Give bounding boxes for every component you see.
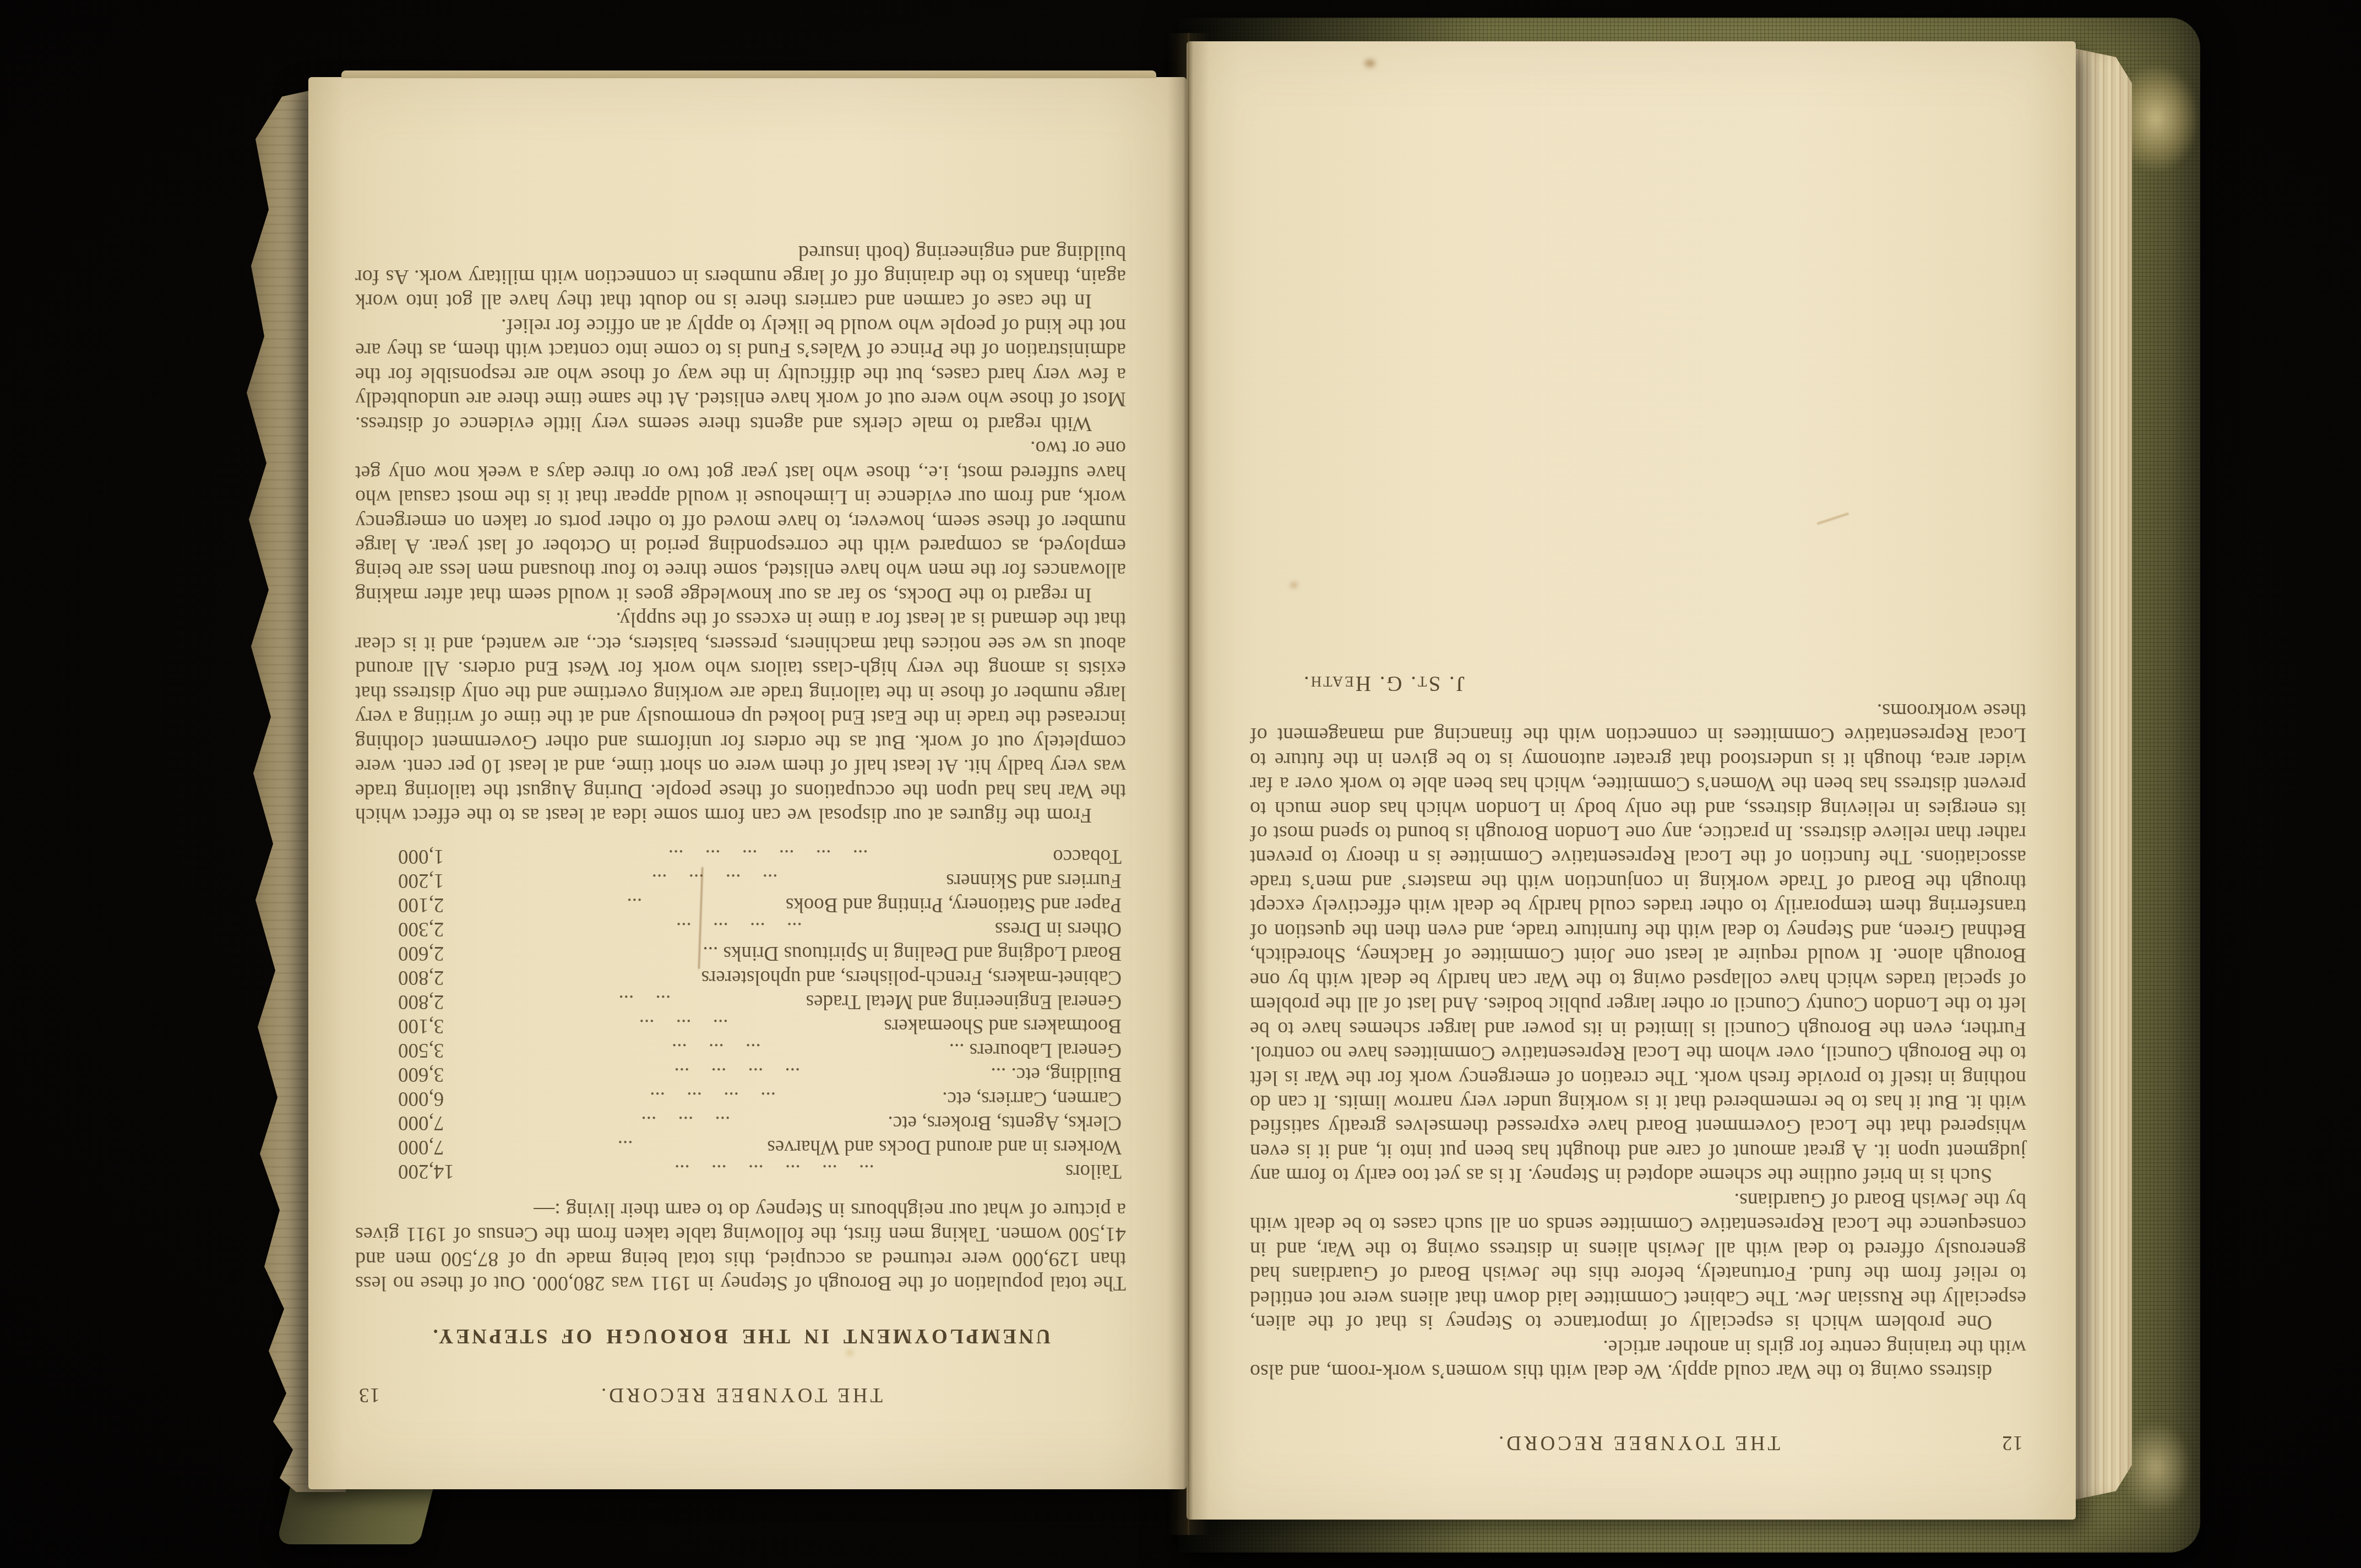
paragraph: distress owing to the War could apply. W…	[1250, 1335, 2026, 1384]
journal-title: THE TOYNBEE RECORD.	[599, 1384, 883, 1406]
dot-leader: ... ... ... ...	[483, 917, 995, 941]
page-edge-stack	[2075, 48, 2132, 1500]
dot-leader: ... ...	[483, 989, 806, 1014]
occupation-count: 6,000	[398, 1086, 483, 1110]
table-row: Others in Dress ... ... ... ... 2,300	[355, 917, 1122, 941]
occupation-count: 2,300	[398, 917, 483, 941]
table-row: Cabinet-makers, French-polishers, and up…	[355, 965, 1122, 989]
occupation-label: Tobacco	[1053, 844, 1122, 868]
occupation-label: Tailors	[1065, 1159, 1122, 1183]
page-number: 12	[2001, 1431, 2023, 1455]
occupation-label: Board Lodging and Dealing in Spirituous …	[703, 941, 1122, 965]
table-row: Tailors ... ... ... ... ... ... 14,200	[355, 1159, 1122, 1183]
occupation-count: 2,800	[398, 989, 483, 1014]
dot-leader: ...	[483, 892, 786, 917]
occupation-label: Furriers and Skinners	[946, 868, 1122, 892]
page-12[interactable]: 12 THE TOYNBEE RECORD. distress owing to…	[1187, 41, 2076, 1520]
table-row: Tobacco ... ... ... ... ... ... 1,000	[355, 844, 1122, 868]
photograph-of-open-book: THE TOYNBEE RECORD. 13 UNEMPLOYMENT IN T…	[0, 0, 2361, 1568]
paragraph: Such is in brief outline the scheme adop…	[1250, 698, 2026, 1188]
paragraph: In the case of carmen and carriers there…	[355, 240, 1126, 313]
occupation-count: 14,200	[398, 1159, 483, 1183]
occupation-count: 1,200	[398, 868, 483, 892]
author-signature: J. St. G. Heath.	[1250, 671, 2026, 696]
occupation-count: 2,800	[398, 965, 483, 989]
running-head: 12 THE TOYNBEE RECORD.	[1250, 1431, 2026, 1455]
table-row: Board Lodging and Dealing in Spirituous …	[355, 941, 1122, 965]
dot-leader: ... ... ... ... ... ...	[483, 844, 1053, 868]
occupation-label: Bootmakers and Shoemakers	[884, 1014, 1122, 1038]
occupation-label: Cabinet-makers, French-polishers, and up…	[701, 965, 1122, 989]
census-table: Tailors ... ... ... ... ... ... 14,200 W…	[355, 844, 1122, 1183]
journal-title: THE TOYNBEE RECORD.	[1496, 1431, 1780, 1454]
table-row: General Engineering and Metal Trades ...…	[355, 989, 1122, 1014]
occupation-label: Building, etc. ...	[991, 1062, 1122, 1086]
occupation-count: 3,100	[398, 1014, 483, 1038]
page-13-paragraphs: From the figures at our disposal we can …	[355, 240, 1126, 827]
dot-leader: ... ... ... ...	[483, 1062, 991, 1086]
dot-leader: ... ... ... ...	[483, 868, 946, 892]
table-row: Workers in and around Docks and Wharves …	[355, 1135, 1122, 1159]
table-row: Building, etc. ... ... ... ... ... 3,600	[355, 1062, 1122, 1086]
dot-leader: ...	[483, 1135, 767, 1159]
table-row: Paper and Stationery, Printing and Books…	[355, 892, 1122, 917]
table-row: General Labourers ... ... ... ... 3,500	[355, 1038, 1122, 1062]
table-row: Clerks, Agents, Brokers, etc. ... ... ..…	[355, 1110, 1122, 1135]
occupation-label: Workers in and around Docks and Wharves	[767, 1135, 1122, 1159]
paragraph: In regard to the Docks, so far as our kn…	[355, 436, 1126, 607]
running-head: THE TOYNBEE RECORD. 13	[355, 1383, 1126, 1407]
dot-leader: ... ... ...	[483, 1014, 884, 1038]
occupation-label: Others in Dress	[995, 917, 1122, 941]
occupation-label: Carmen, Carriers, etc.	[942, 1086, 1122, 1110]
dot-leader: ... ... ...	[483, 1038, 949, 1062]
occupation-label: Clerks, Agents, Brokers, etc.	[888, 1110, 1122, 1135]
dot-leader: ... ... ... ... ... ...	[483, 1159, 1065, 1183]
table-row: Furriers and Skinners ... ... ... ... 1,…	[355, 868, 1122, 892]
occupation-count: 3,500	[398, 1038, 483, 1062]
page-13[interactable]: THE TOYNBEE RECORD. 13 UNEMPLOYMENT IN T…	[308, 77, 1187, 1489]
paragraph: From the figures at our disposal we can …	[355, 607, 1126, 827]
occupation-count: 2,600	[398, 941, 483, 965]
page-12-content: 12 THE TOYNBEE RECORD. distress owing to…	[1187, 41, 2076, 1520]
occupation-count: 2,100	[398, 892, 483, 917]
dot-leader: ... ... ...	[483, 1110, 888, 1135]
occupation-count: 3,600	[398, 1062, 483, 1086]
page-12-paragraphs: distress owing to the War could apply. W…	[1250, 698, 2026, 1384]
occupation-label: Paper and Stationery, Printing and Books	[786, 892, 1122, 917]
table-row: Carmen, Carriers, etc. ... ... ... ... 6…	[355, 1086, 1122, 1110]
intro-paragraph: The total population of the Borough of S…	[355, 1197, 1126, 1295]
page-13-content: THE TOYNBEE RECORD. 13 UNEMPLOYMENT IN T…	[308, 77, 1187, 1489]
occupation-count: 1,000	[398, 844, 483, 868]
dot-leader: ... ... ... ...	[483, 1086, 942, 1110]
occupation-label: General Engineering and Metal Trades	[806, 989, 1122, 1014]
article-title: UNEMPLOYMENT IN THE BOROUGH OF STEPNEY.	[355, 1324, 1126, 1348]
foxing-spot	[847, 1350, 853, 1355]
occupation-label: General Labourers ...	[949, 1038, 1122, 1062]
occupation-count: 7,000	[398, 1135, 483, 1159]
foxing-spot	[1364, 59, 1375, 67]
table-row: Bootmakers and Shoemakers ... ... ... 3,…	[355, 1014, 1122, 1038]
paragraph: With regard to male clerks and agents th…	[355, 313, 1126, 435]
paragraph: One problem which is especially of impor…	[1250, 1188, 2026, 1335]
page-number: 13	[358, 1383, 380, 1407]
foxing-spot	[1291, 582, 1297, 587]
gutter-crease	[1167, 33, 1209, 1535]
occupation-count: 7,000	[398, 1110, 483, 1135]
